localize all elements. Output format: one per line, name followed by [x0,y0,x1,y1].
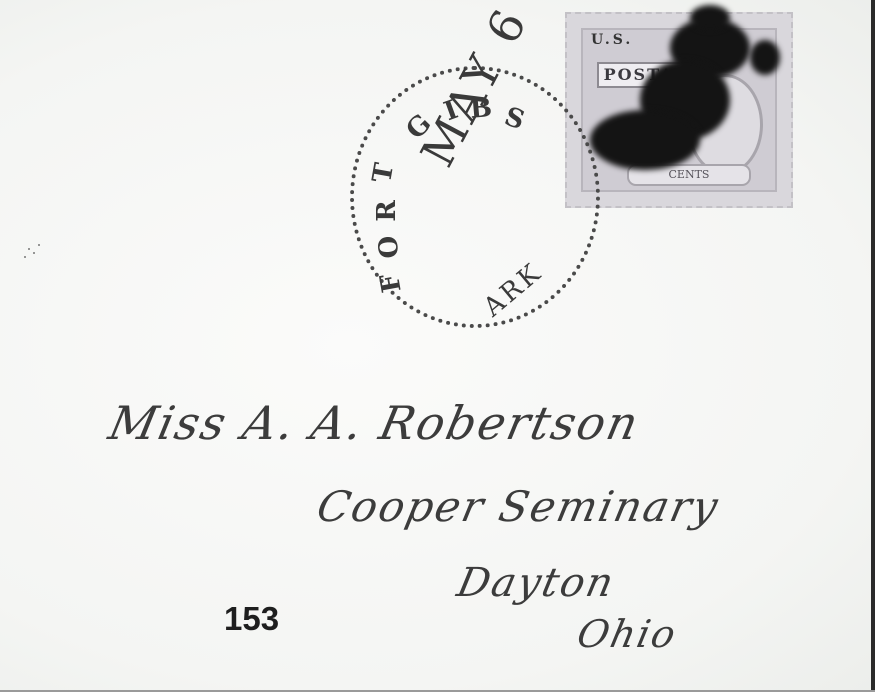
address-institution: Cooper Seminary [313,482,724,531]
speck [24,256,26,258]
address-recipient: Miss A. A. Robertson [104,396,644,450]
speck [33,252,35,254]
speck [28,248,30,250]
cancel-blot [750,40,780,75]
stamp-top-text: U.S. [591,32,633,48]
speck [38,244,40,246]
lot-number: 153 [224,600,279,638]
address-state: Ohio [573,612,681,656]
postmark-letter: R [372,200,402,222]
address-city: Dayton [453,560,619,606]
cancel-blot [590,110,700,170]
postmark-letter: O [373,234,405,259]
cancel-blot [690,5,730,30]
cover-edge [871,0,875,692]
